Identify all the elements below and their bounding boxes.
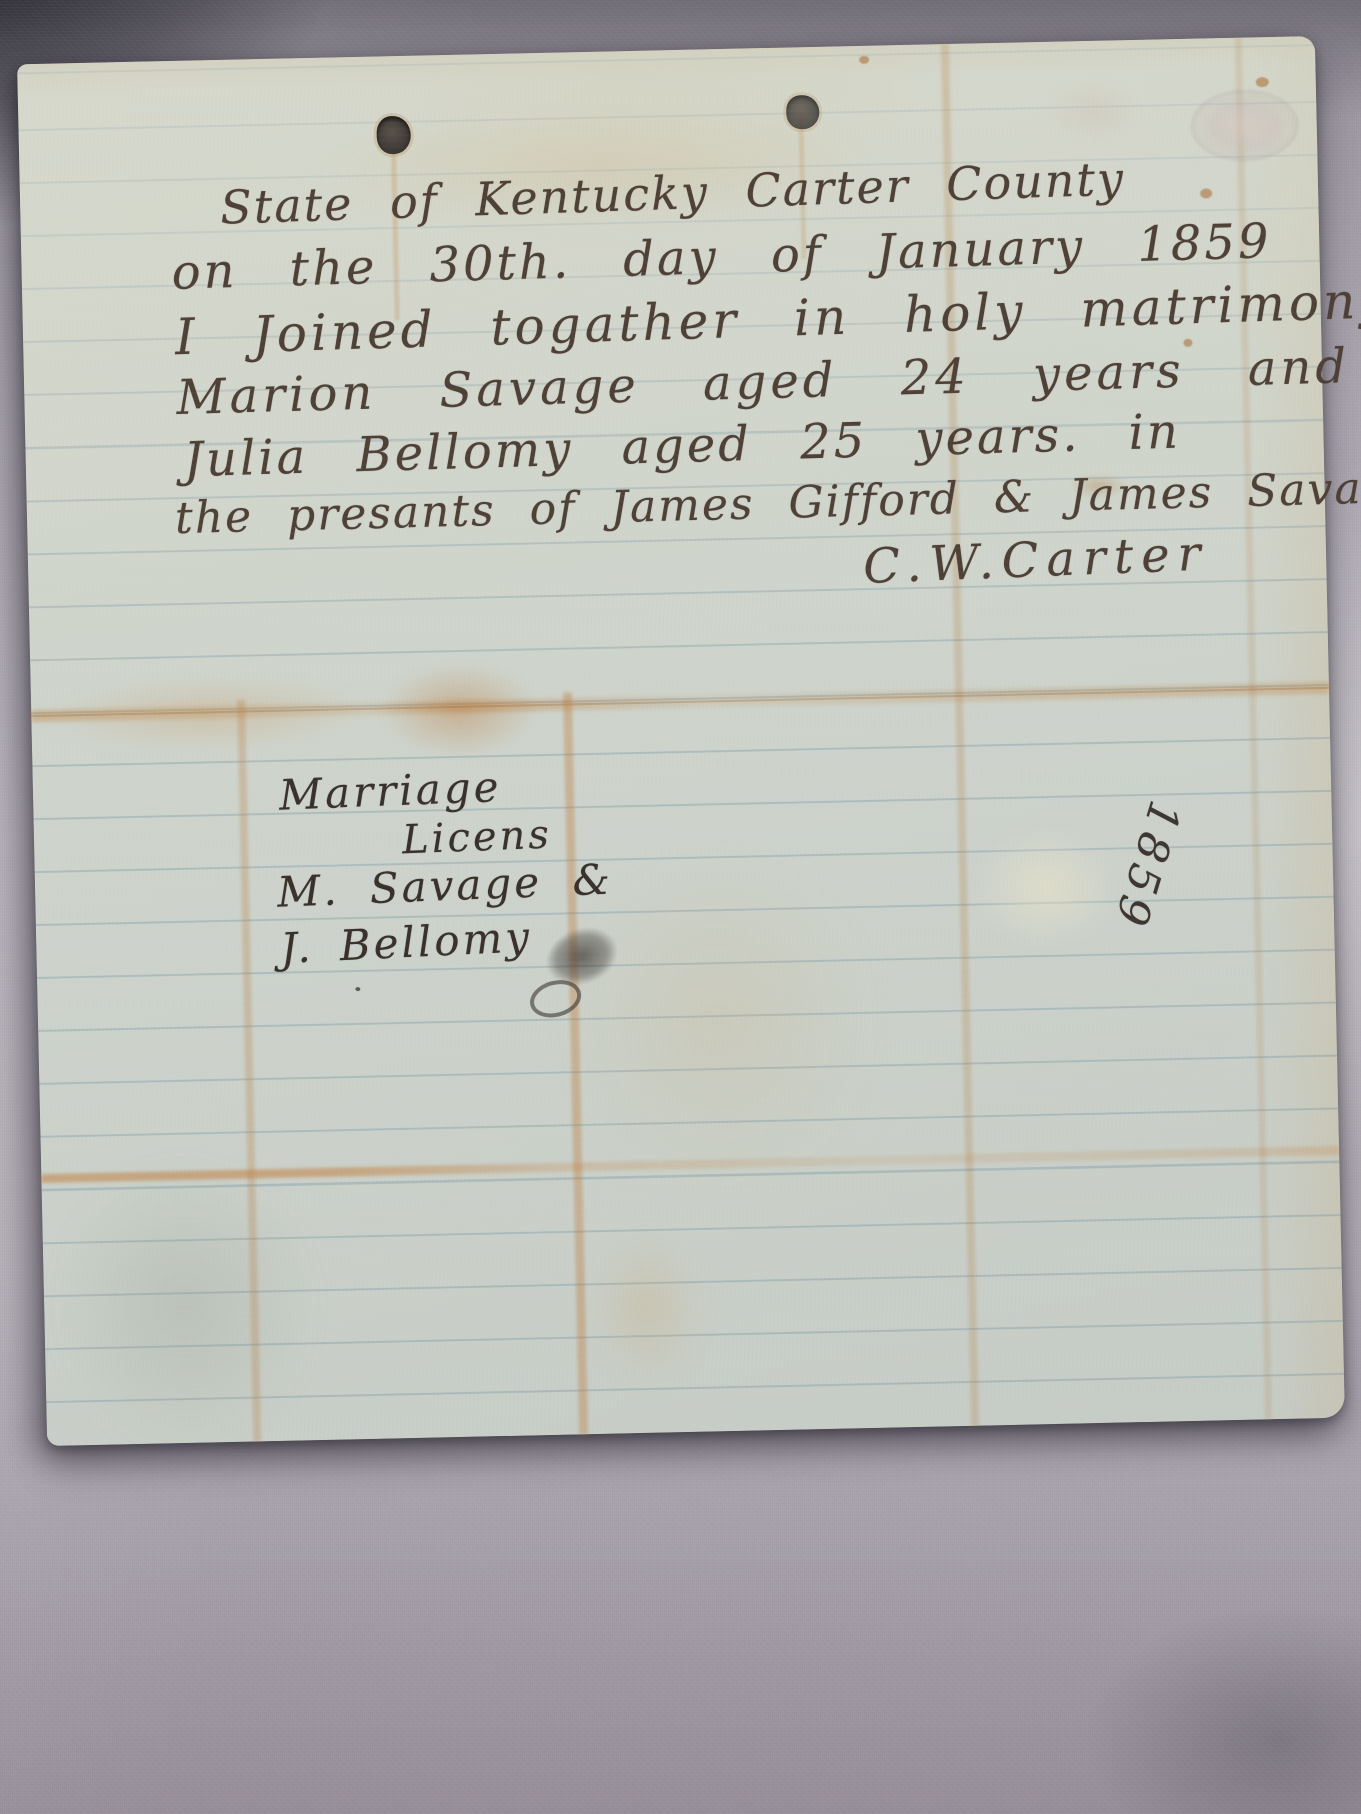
punch-hole-right xyxy=(786,95,820,130)
punch-hole-left xyxy=(376,116,411,155)
photo-of-document: State of Kentucky Carter County on the 3… xyxy=(0,0,1361,1814)
docket-line-marriage: Marriage xyxy=(278,762,502,820)
docket-line-licens: Licens xyxy=(401,812,552,864)
document-paper: State of Kentucky Carter County on the 3… xyxy=(17,36,1345,1446)
